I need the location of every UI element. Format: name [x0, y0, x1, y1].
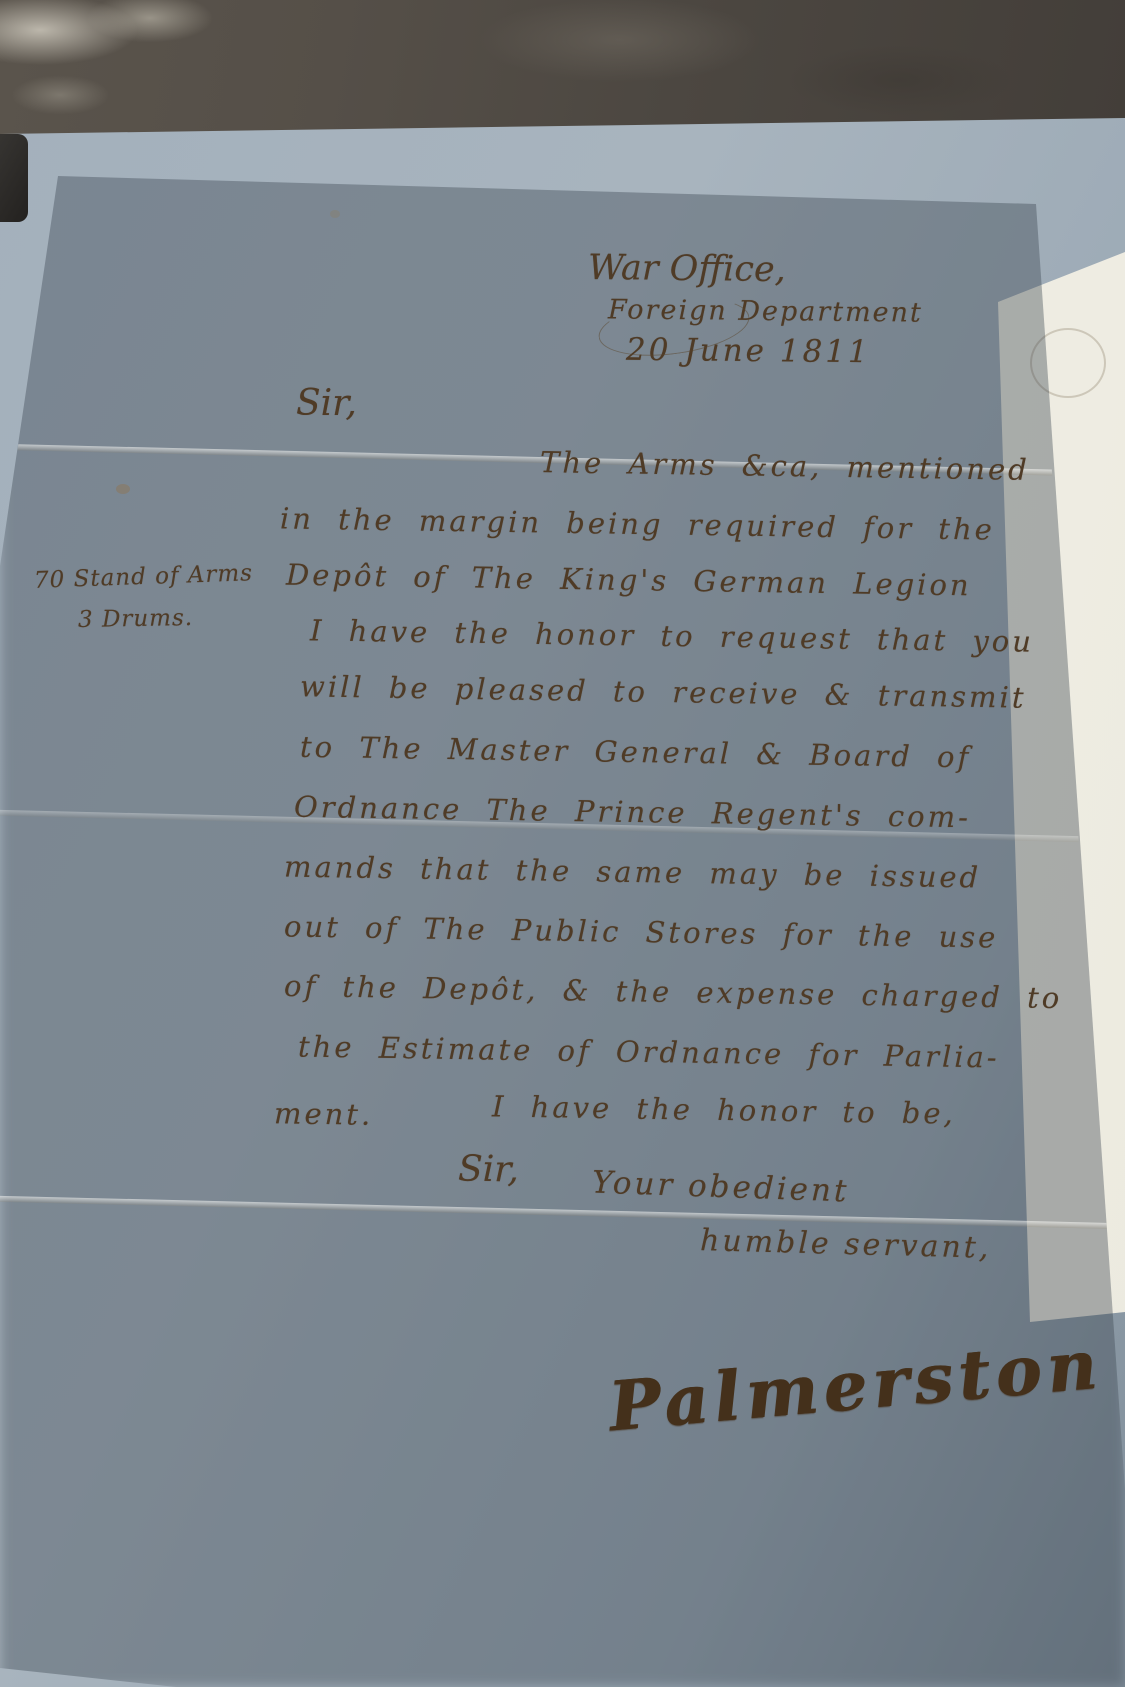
- heading-office: War Office,: [588, 251, 786, 288]
- body-line: ment.: [274, 1099, 374, 1130]
- foxing-spot: [330, 210, 340, 218]
- body-line: mands that the same may be issued: [284, 853, 982, 893]
- wall-background: [0, 0, 1125, 140]
- fold-crease: [0, 1195, 1125, 1230]
- margin-note-line: 3 Drums.: [78, 607, 194, 632]
- body-line: will be pleased to receive & transmit: [300, 672, 1027, 712]
- body-line: of the Depôt, & the expense charged to: [284, 972, 1063, 1013]
- salutation: Sir,: [296, 386, 357, 422]
- closing-obedient: Your obedient: [592, 1168, 850, 1208]
- margin-note-line: 70 Stand of Arms: [34, 562, 254, 593]
- signature-palmerston: Palmerston: [606, 1331, 1105, 1442]
- body-line: in the margin being required for the: [280, 504, 995, 544]
- photo-of-letter: War Office, Foreign Department 20 June 1…: [0, 0, 1125, 1687]
- body-line: the Estimate of Ordnance for Parlia-: [298, 1032, 1000, 1072]
- body-line: out of The Public Stores for the use: [284, 912, 999, 952]
- letter-paper: War Office, Foreign Department 20 June 1…: [0, 0, 1125, 1687]
- body-line: I have the honor to be,: [492, 1092, 956, 1128]
- body-line: I have the honor to request that you: [310, 616, 1034, 656]
- closing-sir: Sir,: [458, 1151, 519, 1188]
- dark-object-left-edge: [0, 134, 28, 222]
- body-line: Ordnance The Prince Regent's com-: [294, 793, 971, 833]
- body-line: The Arms &ca, mentioned: [540, 448, 1030, 485]
- body-line: Depôt of The King's German Legion: [286, 561, 972, 601]
- closing-humble: humble servant,: [700, 1226, 992, 1264]
- body-line: to The Master General & Board of: [300, 733, 972, 773]
- foxing-spot: [116, 484, 130, 494]
